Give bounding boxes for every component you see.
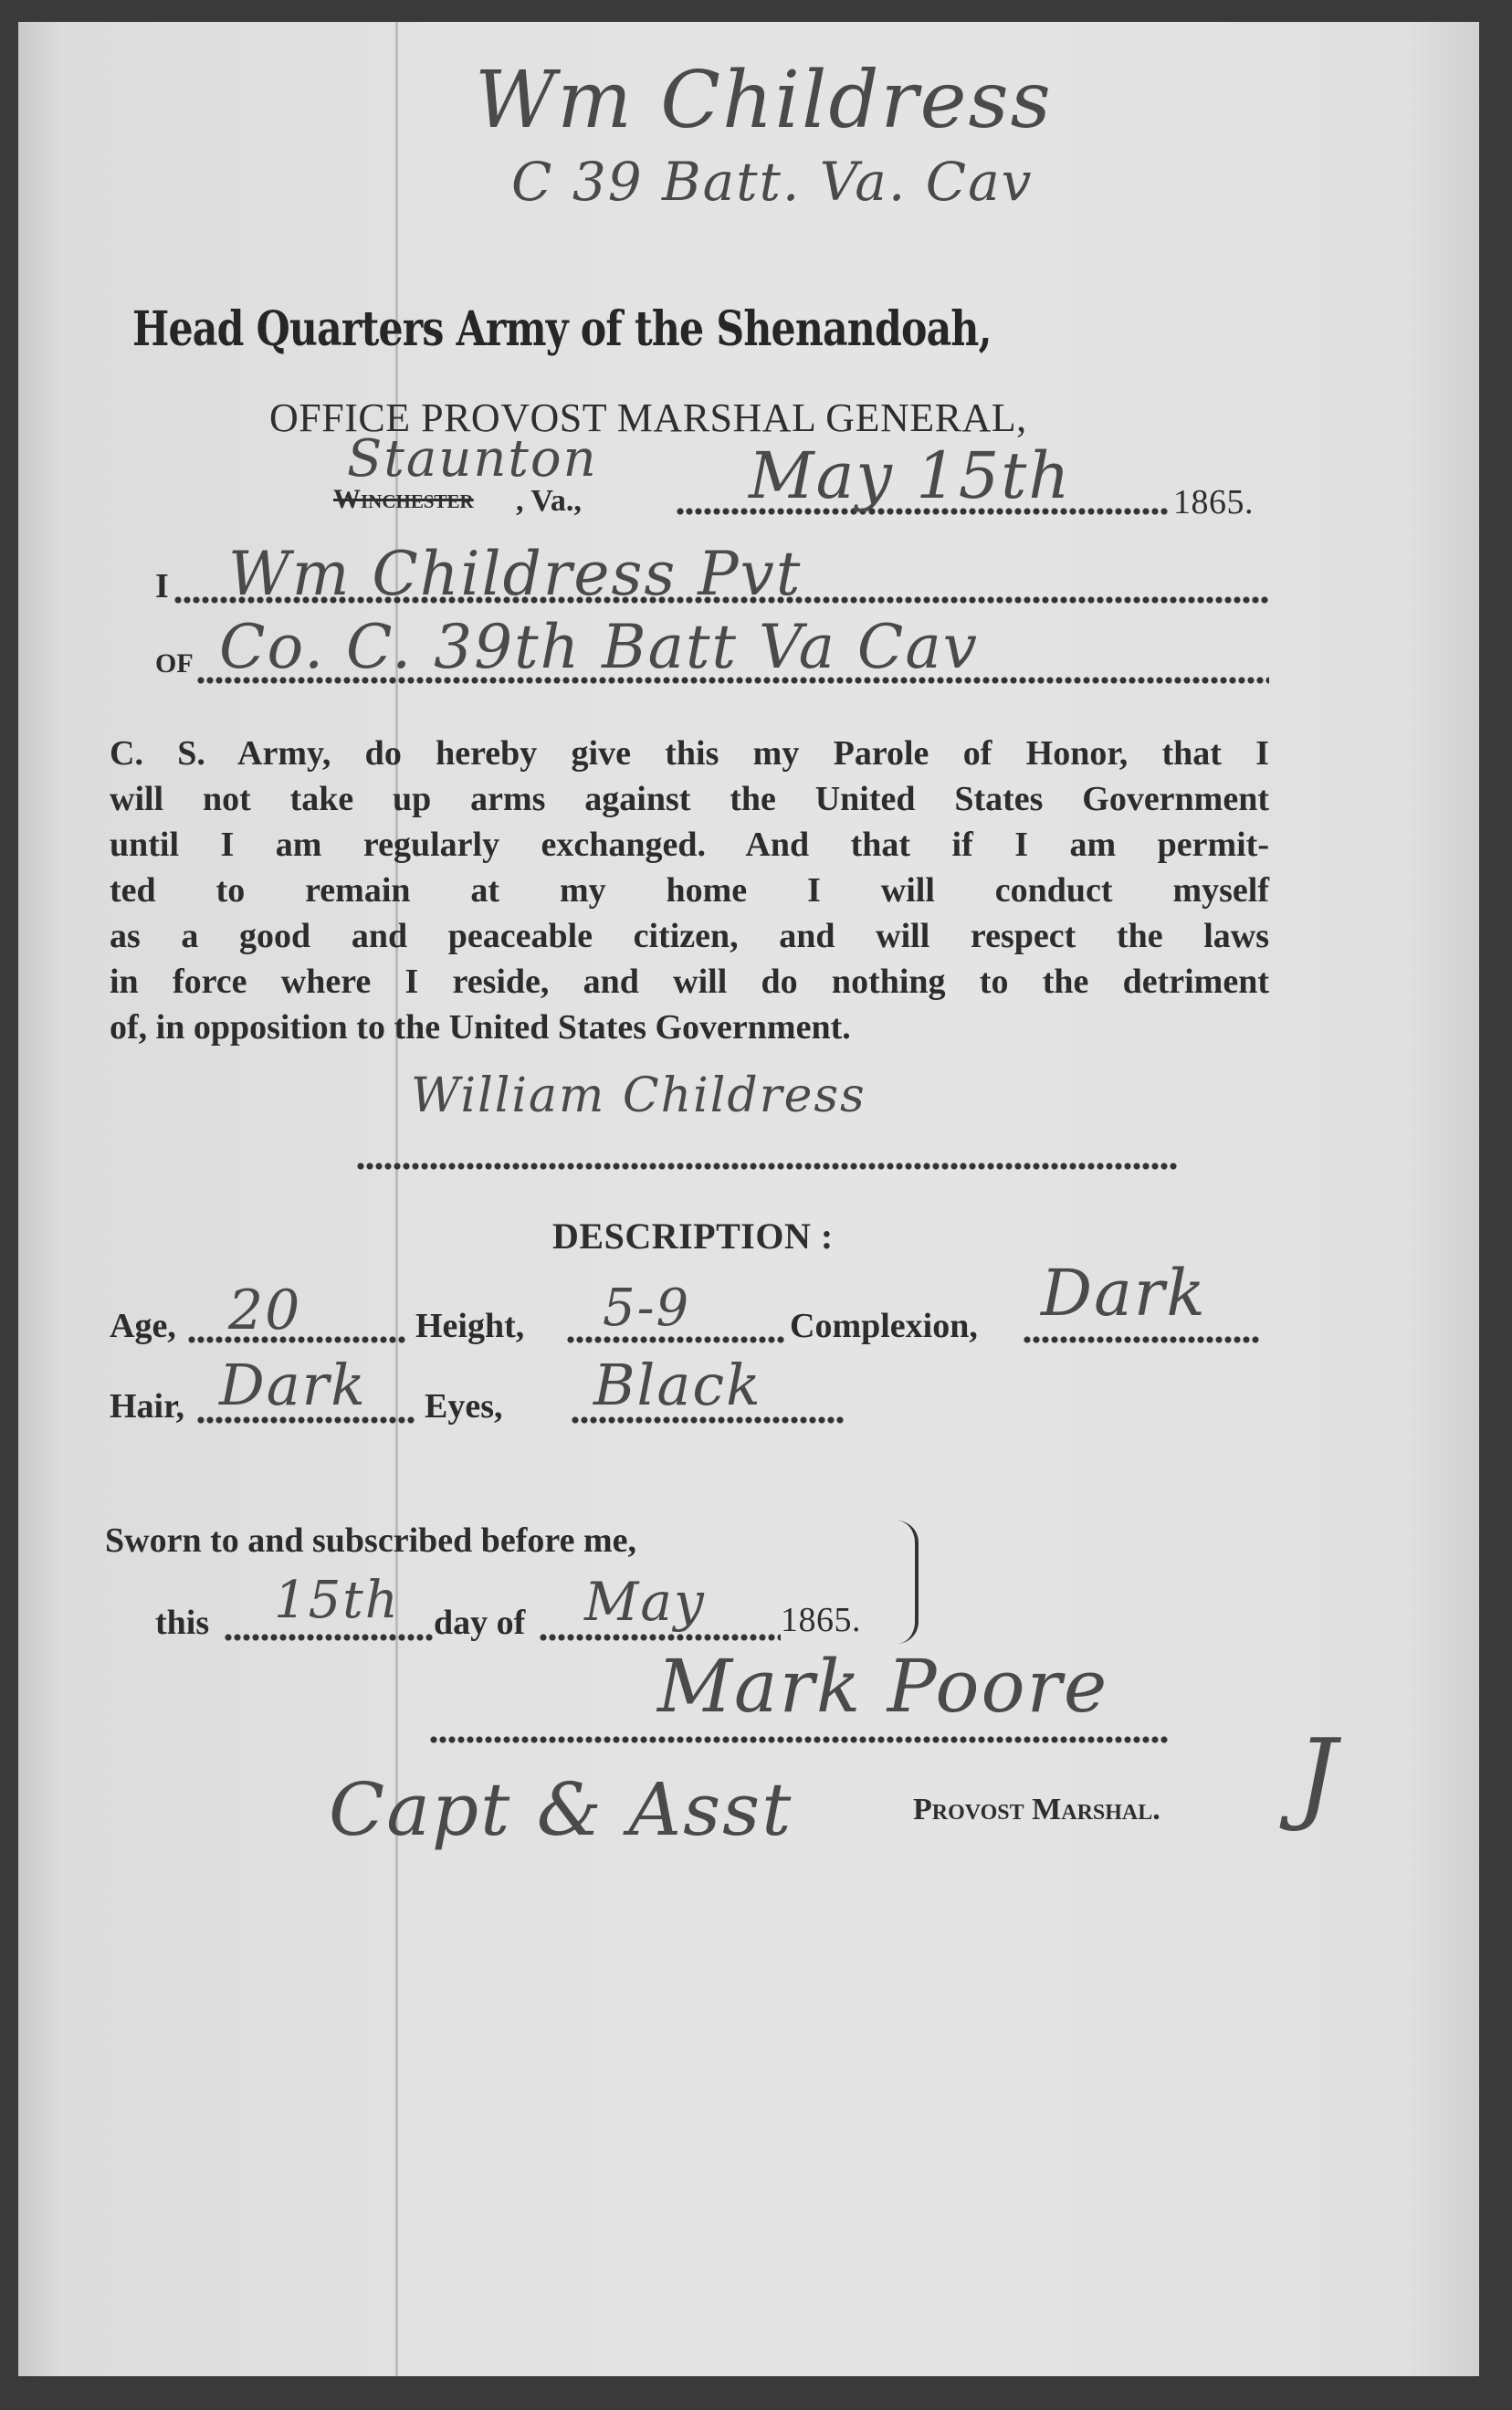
annotation-name: Wm Childress [475,55,1053,146]
parole-line: in force where I reside, and will do not… [110,959,1269,1005]
complexion-line [1023,1335,1260,1344]
provost-marshal-title: Provost Marshal. [913,1793,1160,1827]
eyes-value: Black [593,1352,762,1418]
i-label: I [155,566,169,606]
date-handwritten: May 15th [749,438,1072,513]
height-value: 5-9 [603,1279,690,1338]
year: 1865. [1173,482,1254,522]
document-page [18,22,1479,2376]
hair-value: Dark [219,1352,367,1418]
parole-line: will not take up arms against the United… [110,776,1269,822]
place-printed-struck: Winchester [333,484,474,515]
parole-text: C. S. Army, do hereby give this my Parol… [110,731,1269,1050]
parole-line: until I am regularly exchanged. And that… [110,822,1269,868]
day-line [224,1633,434,1642]
sworn-line: Sworn to and subscribed before me, [105,1521,636,1561]
month-line [539,1633,781,1642]
description-heading: DESCRIPTION : [552,1215,834,1258]
place-handwritten: Staunton [347,429,598,489]
state-label: , Va., [516,484,582,519]
officer-initial: J [1297,1717,1339,1834]
complexion-label: Complexion, [790,1306,978,1346]
parole-line: C. S. Army, do hereby give this my Parol… [110,731,1269,776]
prisoner-signature: William Childress [411,1068,866,1123]
age-value: 20 [228,1279,301,1342]
brace [897,1521,919,1644]
age-label: Age, [110,1306,176,1346]
paper-fold [395,22,398,2376]
officer-signature: Mark Poore [657,1644,1108,1729]
of-label: of [155,648,194,679]
complexion-value: Dark [1041,1256,1207,1331]
officer-signature-line [429,1735,1169,1744]
unit-handwritten: Co. C. 39th Batt Va Cav [219,612,979,682]
day-of-label: day of [434,1603,525,1643]
signature-line [356,1162,1178,1171]
day-value: 15th [274,1571,400,1630]
parole-line: as a good and peaceable citizen, and wil… [110,913,1269,959]
parole-line: of, in opposition to the United States G… [110,1005,1269,1050]
parole-line: ted to remain at my home I will conduct … [110,868,1269,913]
officer-rank: Capt & Asst [329,1767,793,1852]
this-label: this [155,1603,209,1643]
month-value: May [584,1571,706,1633]
name-handwritten: Wm Childress Pvt [228,539,802,609]
height-label: Height, [415,1306,524,1346]
hair-label: Hair, [110,1386,184,1426]
header-title: Head Quarters Army of the Shenandoah, [132,301,992,357]
eyes-label: Eyes, [425,1386,503,1426]
annotation-unit: C 39 Batt. Va. Cav [511,151,1033,213]
sworn-year: 1865. [781,1600,861,1640]
